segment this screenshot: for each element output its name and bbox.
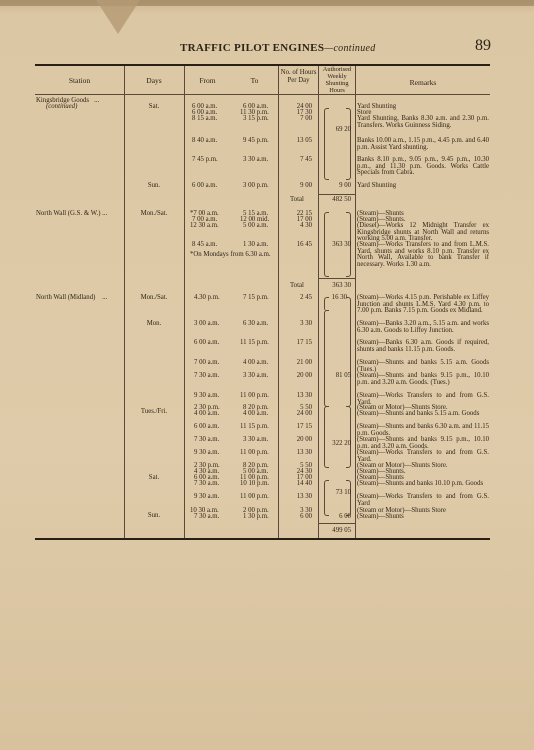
from-time: 3 00 a.m.: [194, 321, 219, 328]
right-brace: [346, 297, 351, 407]
from-time: 4.30 p.m.: [194, 295, 220, 302]
days-sat: Sat.: [124, 475, 184, 482]
weekly-hours: 9 00: [319, 183, 351, 190]
left-brace: [324, 310, 329, 407]
to-time: 6 30 a.m.: [243, 321, 268, 328]
to-time: 11 00 p.m.: [240, 494, 269, 501]
hours-per-day: 21 00: [279, 360, 312, 367]
station-name: North Wall (G.S. & W.): [36, 210, 100, 217]
days-sat: Sat.: [124, 104, 184, 111]
remark: (Steam)—Banks 6.30 a.m. Goods if require…: [357, 340, 489, 353]
from-time: 7 30 a.m.: [194, 514, 219, 521]
hours-per-day: 2 45: [279, 295, 312, 302]
days-tues-fri: Tues./Fri.: [124, 409, 184, 416]
station-dots: ...: [94, 97, 99, 104]
table-bottom-rule: [35, 538, 490, 540]
title-suffix: —continued: [324, 43, 375, 54]
total-hours: 363 30: [319, 283, 351, 290]
right-brace: [346, 480, 351, 516]
to-time: 11 00 p.m.: [240, 393, 269, 400]
to-time: 11 00 p.m.: [240, 450, 269, 457]
hours-per-day: 13 05: [279, 138, 312, 145]
from-time: 7 00 a.m.: [194, 360, 219, 367]
station-north-wall-midland: North Wall (Midland) ...: [36, 295, 107, 302]
to-time: 5 00 a.m.: [243, 223, 268, 230]
remark: (Steam)—Works 4.15 p.m. Perishable ex Li…: [357, 295, 489, 315]
header-from: From: [184, 77, 231, 85]
to-time: 7 15 p.m.: [243, 295, 269, 302]
header-weekly-hours: Authorised Weekly Shunting Hours: [319, 66, 355, 94]
subtotal-rule: [319, 523, 355, 524]
to-time: 4 00 a.m.: [243, 360, 268, 367]
hours-per-day: 20 00: [279, 437, 312, 444]
from-time: 8 45 a.m.: [192, 242, 217, 249]
from-time: 9 30 a.m.: [194, 494, 219, 501]
from-time: 8 40 a.m.: [192, 138, 217, 145]
hours-per-day: 20 00: [279, 373, 312, 380]
page-number: 89: [475, 37, 491, 55]
station-north-wall-gsw: North Wall (G.S. & W.) ...: [36, 211, 107, 218]
remark: (Steam)—Shunts and banks 10.10 p.m. Good…: [357, 481, 489, 488]
remark: (Steam)—Shunts: [357, 514, 489, 521]
days-sun: Sun.: [124, 513, 184, 520]
folded-corner: [96, 0, 140, 34]
from-time: 6 00 a.m.: [194, 424, 219, 431]
hours-per-day: 7 45: [279, 157, 312, 164]
left-brace: [324, 480, 329, 516]
hours-per-day: 9 00: [279, 183, 312, 190]
from-time: 6 00 a.m.: [194, 340, 219, 347]
header-bottom-rule: [35, 94, 490, 95]
from-time: 4 00 a.m.: [194, 411, 219, 418]
hours-per-day: 4 30: [279, 223, 312, 230]
station-note: (continued): [46, 104, 77, 111]
col-divider-station: [124, 66, 125, 538]
weekly-hours: 73 10: [319, 490, 351, 497]
page-top-edge: [0, 0, 534, 6]
header-station: Station: [35, 77, 124, 85]
hours-per-day: 7 00: [279, 116, 312, 123]
total-label: Total: [290, 197, 304, 204]
from-time: 7 30 a.m.: [194, 481, 219, 488]
hours-per-day: 13 30: [279, 494, 312, 501]
remark: (Steam)—Shunts and banks 9.15 p.m., 10.1…: [357, 373, 489, 386]
remark: (Steam)—Banks 3.20 a.m., 5.15 a.m. and w…: [357, 321, 489, 334]
hours-per-day: 6 00: [279, 514, 312, 521]
days-mon-sat: Mon./Sat.: [124, 211, 184, 218]
footnote: *On Mondays from 6.30 a.m.: [190, 252, 272, 259]
to-time: 3 30 a.m.: [243, 373, 268, 380]
days-mon-sat: Mon./Sat.: [124, 295, 184, 302]
remark: (Steam)—Works Transfers to and from L.M.…: [357, 242, 489, 268]
header-days: Days: [124, 77, 184, 85]
col-divider-weekly: [355, 66, 356, 538]
to-time: 9 45 p.m.: [243, 138, 269, 145]
title-text: TRAFFIC PILOT ENGINES: [180, 42, 324, 54]
remark: (Steam)—Shunts and banks 5.15 a.m. Goods: [357, 411, 489, 418]
page-title: TRAFFIC PILOT ENGINES—continued: [180, 42, 376, 54]
hours-per-day: 3 30: [279, 321, 312, 328]
to-time: 3 30 a.m.: [243, 437, 268, 444]
hours-per-day: 16 45: [279, 242, 312, 249]
from-time: 9 30 a.m.: [194, 393, 219, 400]
document-page: TRAFFIC PILOT ENGINES—continued 89 Stati…: [0, 0, 534, 750]
to-time: 1 30 a.m.: [243, 242, 268, 249]
remark: Yard Shunting: [357, 183, 489, 190]
left-brace: [324, 406, 329, 468]
to-time: 1 30 p.m.: [243, 514, 269, 521]
right-brace: [346, 108, 351, 180]
col-divider-hours: [318, 66, 319, 538]
total-hours: 499 05: [319, 528, 351, 535]
station-dots: ...: [102, 294, 107, 301]
to-time: 3 00 p.m.: [243, 183, 269, 190]
from-time: 12 30 a.m.: [190, 223, 219, 230]
weekly-hours: 81 05: [319, 373, 351, 380]
station-dots: ...: [102, 210, 107, 217]
hours-per-day: 24 00: [279, 411, 312, 418]
hours-per-day: 17 15: [279, 340, 312, 347]
header-to: To: [231, 77, 278, 85]
to-time: 4 00 a.m.: [243, 411, 268, 418]
days-sun: Sun.: [124, 183, 184, 190]
from-time: 9 30 a.m.: [194, 450, 219, 457]
total-label: Total: [290, 283, 304, 290]
to-time: 11 15 p.m.: [240, 424, 269, 431]
right-brace: [346, 406, 351, 468]
hours-per-day: 17 15: [279, 424, 312, 431]
remark: (Diesel)—Works 12 Midnight Transfer ex K…: [357, 223, 489, 243]
weekly-hours: 322 20: [319, 441, 351, 448]
from-time: 8 15 a.m.: [192, 116, 217, 123]
station-name: North Wall (Midland): [36, 294, 95, 301]
weekly-hours: 6 00: [319, 514, 351, 521]
to-time: 3 15 p.m.: [243, 116, 269, 123]
hours-per-day: 13 30: [279, 450, 312, 457]
to-time: 11 15 p.m.: [240, 340, 269, 347]
weekly-hours: 16 30: [319, 295, 347, 302]
from-time: 6 00 a.m.: [192, 183, 217, 190]
to-time: 10 10 p.m.: [240, 481, 269, 488]
from-time: 7 30 a.m.: [194, 437, 219, 444]
to-time: 3 30 a.m.: [243, 157, 268, 164]
subtotal-rule: [319, 278, 355, 279]
weekly-hours: 69 20: [319, 127, 351, 134]
remark: (Steam)—Works Transfers to and from G.S.…: [357, 494, 489, 507]
hours-per-day: 14 40: [279, 481, 312, 488]
from-time: 7 30 a.m.: [194, 373, 219, 380]
header-hours-per-day: No. of Hours Per Day: [279, 69, 318, 85]
remark: Banks 8.10 p.m., 9.05 p.m., 9.45 p.m., 1…: [357, 157, 489, 177]
days-mon: Mon.: [124, 321, 184, 328]
total-hours: 482 50: [319, 197, 351, 204]
subtotal-rule: [319, 194, 355, 195]
col-divider-days: [184, 66, 185, 538]
table-top-rule: [35, 64, 490, 66]
remark: Yard Shunting, Banks 8.30 a.m. and 2.30 …: [357, 116, 489, 129]
remark: Banks 10.00 a.m., 1.15 p.m., 4.45 p.m. a…: [357, 138, 489, 151]
from-time: 7 45 p.m.: [192, 157, 218, 164]
header-remarks: Remarks: [356, 79, 490, 87]
weekly-hours: 363 30: [319, 242, 351, 249]
left-brace: [324, 108, 329, 180]
hours-per-day: 13 30: [279, 393, 312, 400]
